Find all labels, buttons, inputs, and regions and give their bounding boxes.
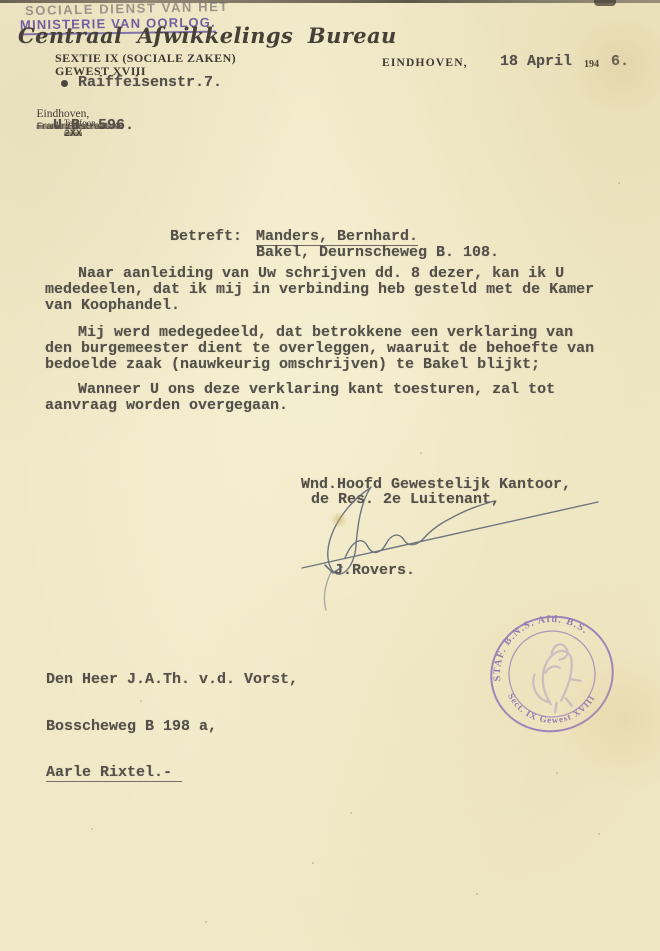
- recipient-line3: Aarle Rixtel.-: [46, 765, 182, 782]
- subject-address: Bakel, Deurnscheweg B. 108.: [256, 245, 499, 261]
- svg-text:Sect. IX Gewest XVIII: Sect. IX Gewest XVIII: [505, 671, 601, 736]
- recipient-address-block: Den Heer J.A.Th. v.d. Vorst, Bosscheweg …: [46, 641, 298, 813]
- scan-edge-notch: [594, 0, 616, 6]
- body-paragraph-2: Mij werd medegedeeld, dat betrokkene een…: [45, 325, 607, 373]
- recipient-line2: Bosscheweg B 198 a,: [46, 719, 298, 735]
- paper-speck: [556, 772, 558, 774]
- paper-speck: [312, 862, 314, 864]
- paper-speck: [420, 452, 422, 454]
- paper-speck: [618, 182, 620, 184]
- bullet-icon: [61, 80, 68, 87]
- dateline-place: EINDHOVEN,: [382, 57, 468, 69]
- recipient-line1: Den Heer J.A.Th. v.d. Vorst,: [46, 672, 298, 688]
- paper-speck: [476, 893, 478, 895]
- paper-speck: [598, 833, 600, 835]
- letterhead-reference: U.B. 596.: [53, 118, 134, 134]
- letterhead-street: Raiffeisenstr.7.: [78, 75, 222, 91]
- body-paragraph-1: Naar aanleiding van Uw schrijven dd. 8 d…: [45, 266, 607, 314]
- stamp-arc-bottom-text: Sect. IX Gewest XVIII: [505, 671, 601, 736]
- signature: [275, 468, 615, 623]
- paper-speck: [350, 812, 352, 814]
- paper-speck: [91, 828, 93, 830]
- paper-stain: [560, 20, 660, 110]
- body-paragraph-3: Wanneer U ons deze verklaring kant toest…: [45, 382, 607, 414]
- scanned-letter-page: SOCIALE DIENST VAN HET MINISTERIE VAN OO…: [0, 0, 660, 951]
- dateline-day-month: 18 April: [500, 54, 572, 70]
- dateline-printed-year: 194: [584, 59, 599, 70]
- subject-label: Betreft:: [170, 229, 242, 245]
- stamp-lion-emblem: [525, 641, 587, 716]
- organization-name: Centraal Afwikkelings Bureau: [18, 23, 397, 48]
- paper-speck: [205, 921, 207, 923]
- official-round-stamp-icon: STAF. B.N.S. Afd. B.S. Sect. IX Gewest X…: [483, 608, 623, 748]
- paper-speck: [140, 700, 142, 702]
- dateline-year-digit: 6.: [611, 54, 629, 70]
